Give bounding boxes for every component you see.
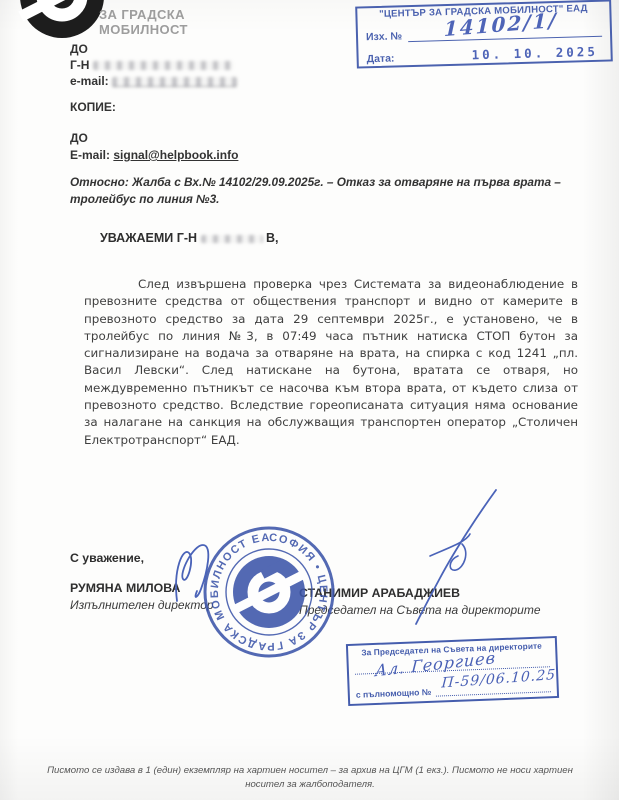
redacted-salutation-name <box>201 235 263 243</box>
scanned-letter-page: ЗА ГРАДСКА МОБИЛНОСТ "ЦЕНТЪР ЗА ГРАДСКА … <box>0 0 619 800</box>
brand-line2: МОБИЛНОСТ <box>99 22 188 37</box>
outgoing-number-label: Изх. № <box>366 30 402 43</box>
copy-recipient-block: ДО E-mail: signal@helpbook.info <box>70 130 238 164</box>
date-label: Дата: <box>366 53 394 66</box>
recipient-name-label: Г-Н <box>70 58 89 72</box>
subject-label: Относно: <box>70 175 129 189</box>
subject-line: Относно: Жалба с Вх.№ 14102/29.09.2025г.… <box>70 174 584 208</box>
recipient-block: ДО Г-Н e-mail: <box>70 41 237 89</box>
brand-wordmark: ЗА ГРАДСКА МОБИЛНОСТ <box>99 7 188 37</box>
subject-text: Жалба с Вх.№ 14102/29.09.2025г. – Отказ … <box>70 175 561 206</box>
recipient-email-label: e-mail: <box>70 74 109 88</box>
salutation-suffix: В, <box>266 231 279 245</box>
letter-body: След извършена проверка чрез Системата з… <box>84 276 578 449</box>
copy-label: КОПИЕ: <box>70 100 116 114</box>
poa-label: с пълномощно № <box>356 687 432 700</box>
signature-chairman <box>400 486 510 631</box>
registration-stamp-box: "ЦЕНТЪР ЗА ГРАДСКА МОБИЛНОСТ" ЕАД Изх. №… <box>355 0 613 69</box>
cgm-logo-icon <box>16 0 108 42</box>
salutation-prefix: УВАЖАЕМИ Г-Н <box>100 231 197 245</box>
signature-executive-director <box>163 539 243 611</box>
brand-line1: ЗА ГРАДСКА <box>99 7 188 22</box>
closing-phrase: С уважение, <box>70 551 144 565</box>
redacted-recipient-email <box>112 77 237 87</box>
salutation: УВАЖАЕМИ Г-Н В, <box>100 231 278 245</box>
power-of-attorney-stamp: За Председател на Съвета на директорите … <box>346 636 559 706</box>
copy-email-address: signal@helpbook.info <box>113 148 238 162</box>
copy-email-label: E-mail: <box>70 148 110 162</box>
copy-to-label: ДО <box>70 130 238 147</box>
redacted-recipient-name <box>93 61 233 70</box>
footer-note: Писмото се издава в 1 (един) екземпляр н… <box>40 764 580 792</box>
recipient-to-label: ДО <box>70 41 237 57</box>
date-stamp-value: 10. 10. 2025 <box>471 44 598 63</box>
